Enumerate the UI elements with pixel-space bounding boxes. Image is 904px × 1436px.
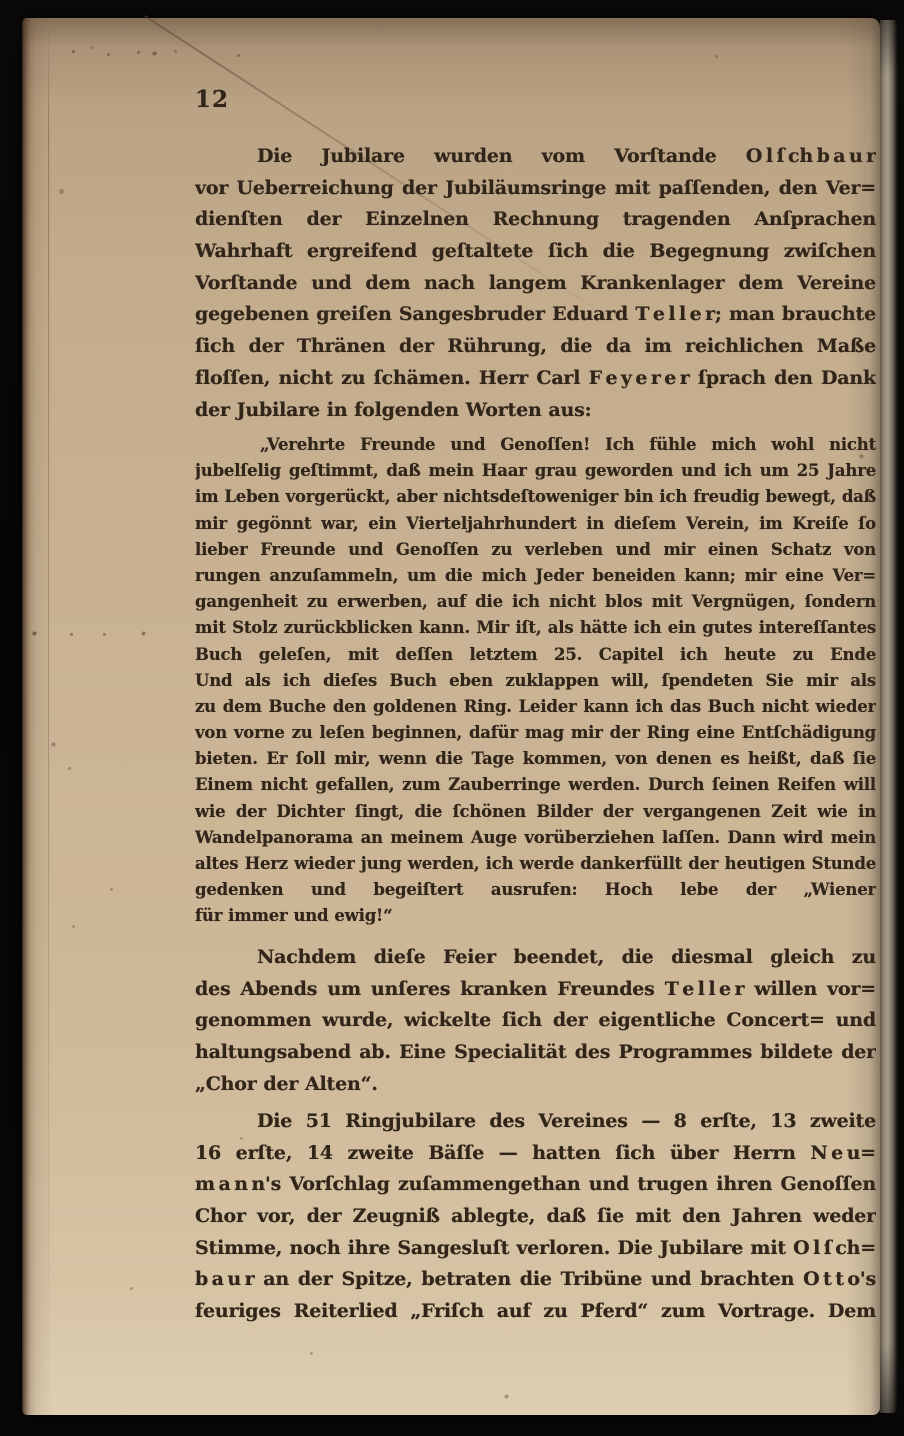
text-line: altes Herz wieder jung werden, ich werde…	[195, 851, 876, 877]
text-line: Buch geleſen, mit deſſen letztem 25. Cap…	[195, 642, 876, 668]
text-line: Und als ich dieſes Buch eben zuklappen w…	[195, 668, 876, 694]
text-line: 16 erſte, 14 zweite Bäſſe — hatten ſich …	[195, 1138, 876, 1170]
text-line: genommen wurde, wickelte ſich der eigent…	[195, 1005, 876, 1037]
text-line: „Verehrte Freunde und Genoſſen! Ich fühl…	[195, 432, 876, 458]
paragraph-ring-jubilees-choir: Die 51 Ringjubilare des Vereines — 8 erſ…	[195, 1106, 876, 1328]
paragraph-concert-evening: Nachdem dieſe Feier beendet, die diesmal…	[195, 942, 876, 1100]
text-line: zu dem Buche den goldenen Ring. Leider k…	[195, 694, 876, 720]
scanned-book-page: 12 Die Jubilare wurden vom Vorſtande O l…	[0, 0, 904, 1436]
text-line: des Abends um unſeres kranken Freundes T…	[195, 974, 876, 1006]
text-line: floſſen, nicht zu ſchämen. Herr Carl F e…	[195, 363, 876, 395]
text-line: für immer und ewig!“	[195, 903, 876, 929]
text-line: b a u r an der Spitze, betraten die Trib…	[195, 1264, 876, 1296]
text-line: im Leben vorgerückt, aber nichtsdeſtowen…	[195, 484, 876, 510]
text-line: mir gegönnt war, ein Vierteljahrhundert …	[195, 511, 876, 537]
text-line: gedenken und begeiſtert ausrufen: Hoch l…	[195, 877, 876, 903]
foxing-specks	[0, 0, 3, 3]
text-line: wie der Dichter ſingt, die ſchönen Bilde…	[195, 799, 876, 825]
text-line: haltungsabend ab. Eine Specialität des P…	[195, 1037, 876, 1069]
text-line: dienſten der Einzelnen Rechnung tragende…	[195, 204, 876, 236]
text-line: „Chor der Alten“.	[195, 1069, 876, 1101]
text-line: m a n n's Vorſchlag zuſammengethan und t…	[195, 1169, 876, 1201]
paragraph-jubilee-presentation: Die Jubilare wurden vom Vorſtande O l ſ …	[195, 141, 876, 426]
text-line: Wahrhaft ergreifend geſtaltete ſich die …	[195, 236, 876, 268]
text-line: Wandelpanorama an meinem Auge vorüberzie…	[195, 825, 876, 851]
text-line: der Jubilare in folgenden Worten aus:	[195, 395, 876, 427]
text-line: Die 51 Ringjubilare des Vereines — 8 erſ…	[195, 1106, 876, 1138]
text-line: Einem nicht gefallen, zum Zauberringe we…	[195, 772, 876, 798]
text-line: jubelſelig geſtimmt, daß mein Haar grau …	[195, 458, 876, 484]
stacked-page-edges	[880, 20, 898, 1413]
text-line: vor Ueberreichung der Jubiläumsringe mit…	[195, 173, 876, 205]
text-line: Stimme, noch ihre Sangesluſt verloren. D…	[195, 1233, 876, 1265]
text-line: Nachdem dieſe Feier beendet, die diesmal…	[195, 942, 876, 974]
text-line: feuriges Reiterlied „Friſch auf zu Pferd…	[195, 1296, 876, 1328]
text-line: lieber Freunde und Genoſſen zu verleben …	[195, 537, 876, 563]
text-line: Vorſtande und dem nach langem Krankenlag…	[195, 268, 876, 300]
text-line: rungen anzuſammeln, um die mich Jeder be…	[195, 563, 876, 589]
text-line: ſich der Thränen der Rührung, die da im …	[195, 331, 876, 363]
gutter-shadow-line	[48, 24, 49, 1404]
text-line: gangenheit zu erwerben, auf die ich nich…	[195, 589, 876, 615]
text-line: gegebenen greiſen Sangesbruder Eduard T …	[195, 299, 876, 331]
page-number: 12	[195, 86, 229, 113]
text-line: mit Stolz zurückblicken kann. Mir iſt, a…	[195, 615, 876, 641]
text-line: von vorne zu leſen beginnen, dafür mag m…	[195, 720, 876, 746]
text-line: bieten. Er ſoll mir, wenn die Tage komme…	[195, 746, 876, 772]
text-line: Chor vor, der Zeugniß ablegte, daß ſie m…	[195, 1201, 876, 1233]
paragraph-feyerer-speech-quote: „Verehrte Freunde und Genoſſen! Ich fühl…	[195, 432, 876, 930]
text-line: Die Jubilare wurden vom Vorſtande O l ſ …	[195, 141, 876, 173]
